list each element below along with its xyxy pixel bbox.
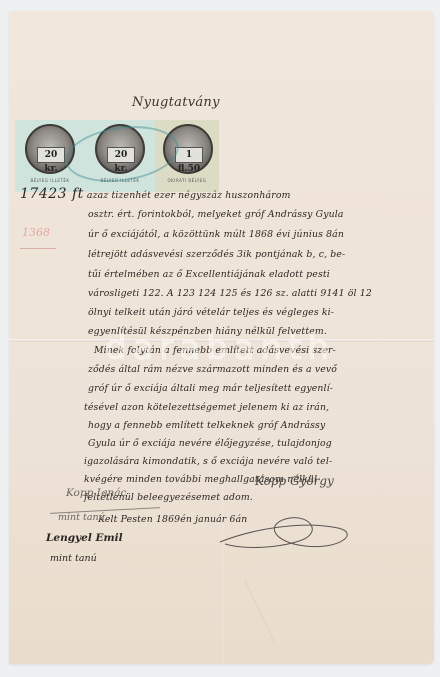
body-line-6: városligeti 122. A 123 124 125 és 126 sz… bbox=[88, 288, 372, 299]
witness-1-name: Kopp Ignác bbox=[66, 487, 126, 499]
amount-in-words: azaz tizenhét ezer négyszáz huszonhárom bbox=[87, 190, 291, 201]
document-paper bbox=[9, 11, 434, 664]
body-line-14: Gyula úr ő exciája nevére élőjegyzése, t… bbox=[88, 438, 332, 449]
body-line-15: igazolására kimondatik, s ő exciája nevé… bbox=[84, 456, 332, 467]
body-line-10: ződés által rám nézve származott minden … bbox=[88, 364, 337, 375]
body-line-5: tűi értelmében az ő Excellentiájának ela… bbox=[88, 269, 330, 280]
body-line-1: 17423 ft azaz tizenhét ezer négyszáz hus… bbox=[20, 186, 291, 202]
witness-1-role: mint tanú bbox=[58, 512, 105, 523]
horizontal-fold bbox=[9, 339, 434, 342]
paper-crease bbox=[244, 579, 274, 643]
stamp-value: 20 kr. bbox=[37, 147, 65, 163]
witness-2-role: mint tanú bbox=[50, 553, 97, 564]
body-line-2: osztr. ért. forintokból, melyeket gróf A… bbox=[88, 209, 344, 220]
body-line-3: úr ő exciájától, a közöttünk múlt 1868 é… bbox=[88, 229, 344, 240]
document-title: Nyugtatvány bbox=[132, 95, 220, 110]
margin-note-underline bbox=[20, 248, 56, 249]
body-line-9: Minek folytán a fennebb említett adásvev… bbox=[94, 345, 336, 356]
body-line-7: ölnyi telkeit után járó vételár teljes é… bbox=[88, 307, 334, 318]
body-line-11: gróf úr ő exciája általi meg már teljesí… bbox=[88, 383, 333, 394]
stamp-caption: BÉLYEG ILLETÉK bbox=[15, 178, 85, 183]
stamp-caption: OKIRATI BÉLYEG bbox=[155, 178, 219, 183]
body-line-12: tésével azon kötelezettségemet jelenem k… bbox=[84, 402, 329, 413]
signature-flourish-icon bbox=[210, 500, 360, 555]
body-line-13: hogy a fennebb említett telkeknek gróf A… bbox=[88, 420, 325, 431]
margin-note: 1368 bbox=[22, 226, 50, 239]
revenue-stamps: 20 kr. BÉLYEG ILLETÉK 20 kr. BÉLYEG ILLE… bbox=[5, 117, 155, 195]
body-line-4: létrejött adásvevési szerződés 3ik pontj… bbox=[88, 249, 345, 260]
body-line-8: egyenlítésül készpénzben hiány nélkül fe… bbox=[88, 326, 327, 337]
receipt-amount: 17423 ft bbox=[20, 186, 84, 202]
vertical-fold bbox=[222, 11, 224, 664]
stamp-value: 1 fl.50 bbox=[175, 147, 203, 163]
witness-2-name: Lengyel Emil bbox=[46, 532, 123, 544]
signatory-signature: Kopp György bbox=[255, 474, 334, 488]
